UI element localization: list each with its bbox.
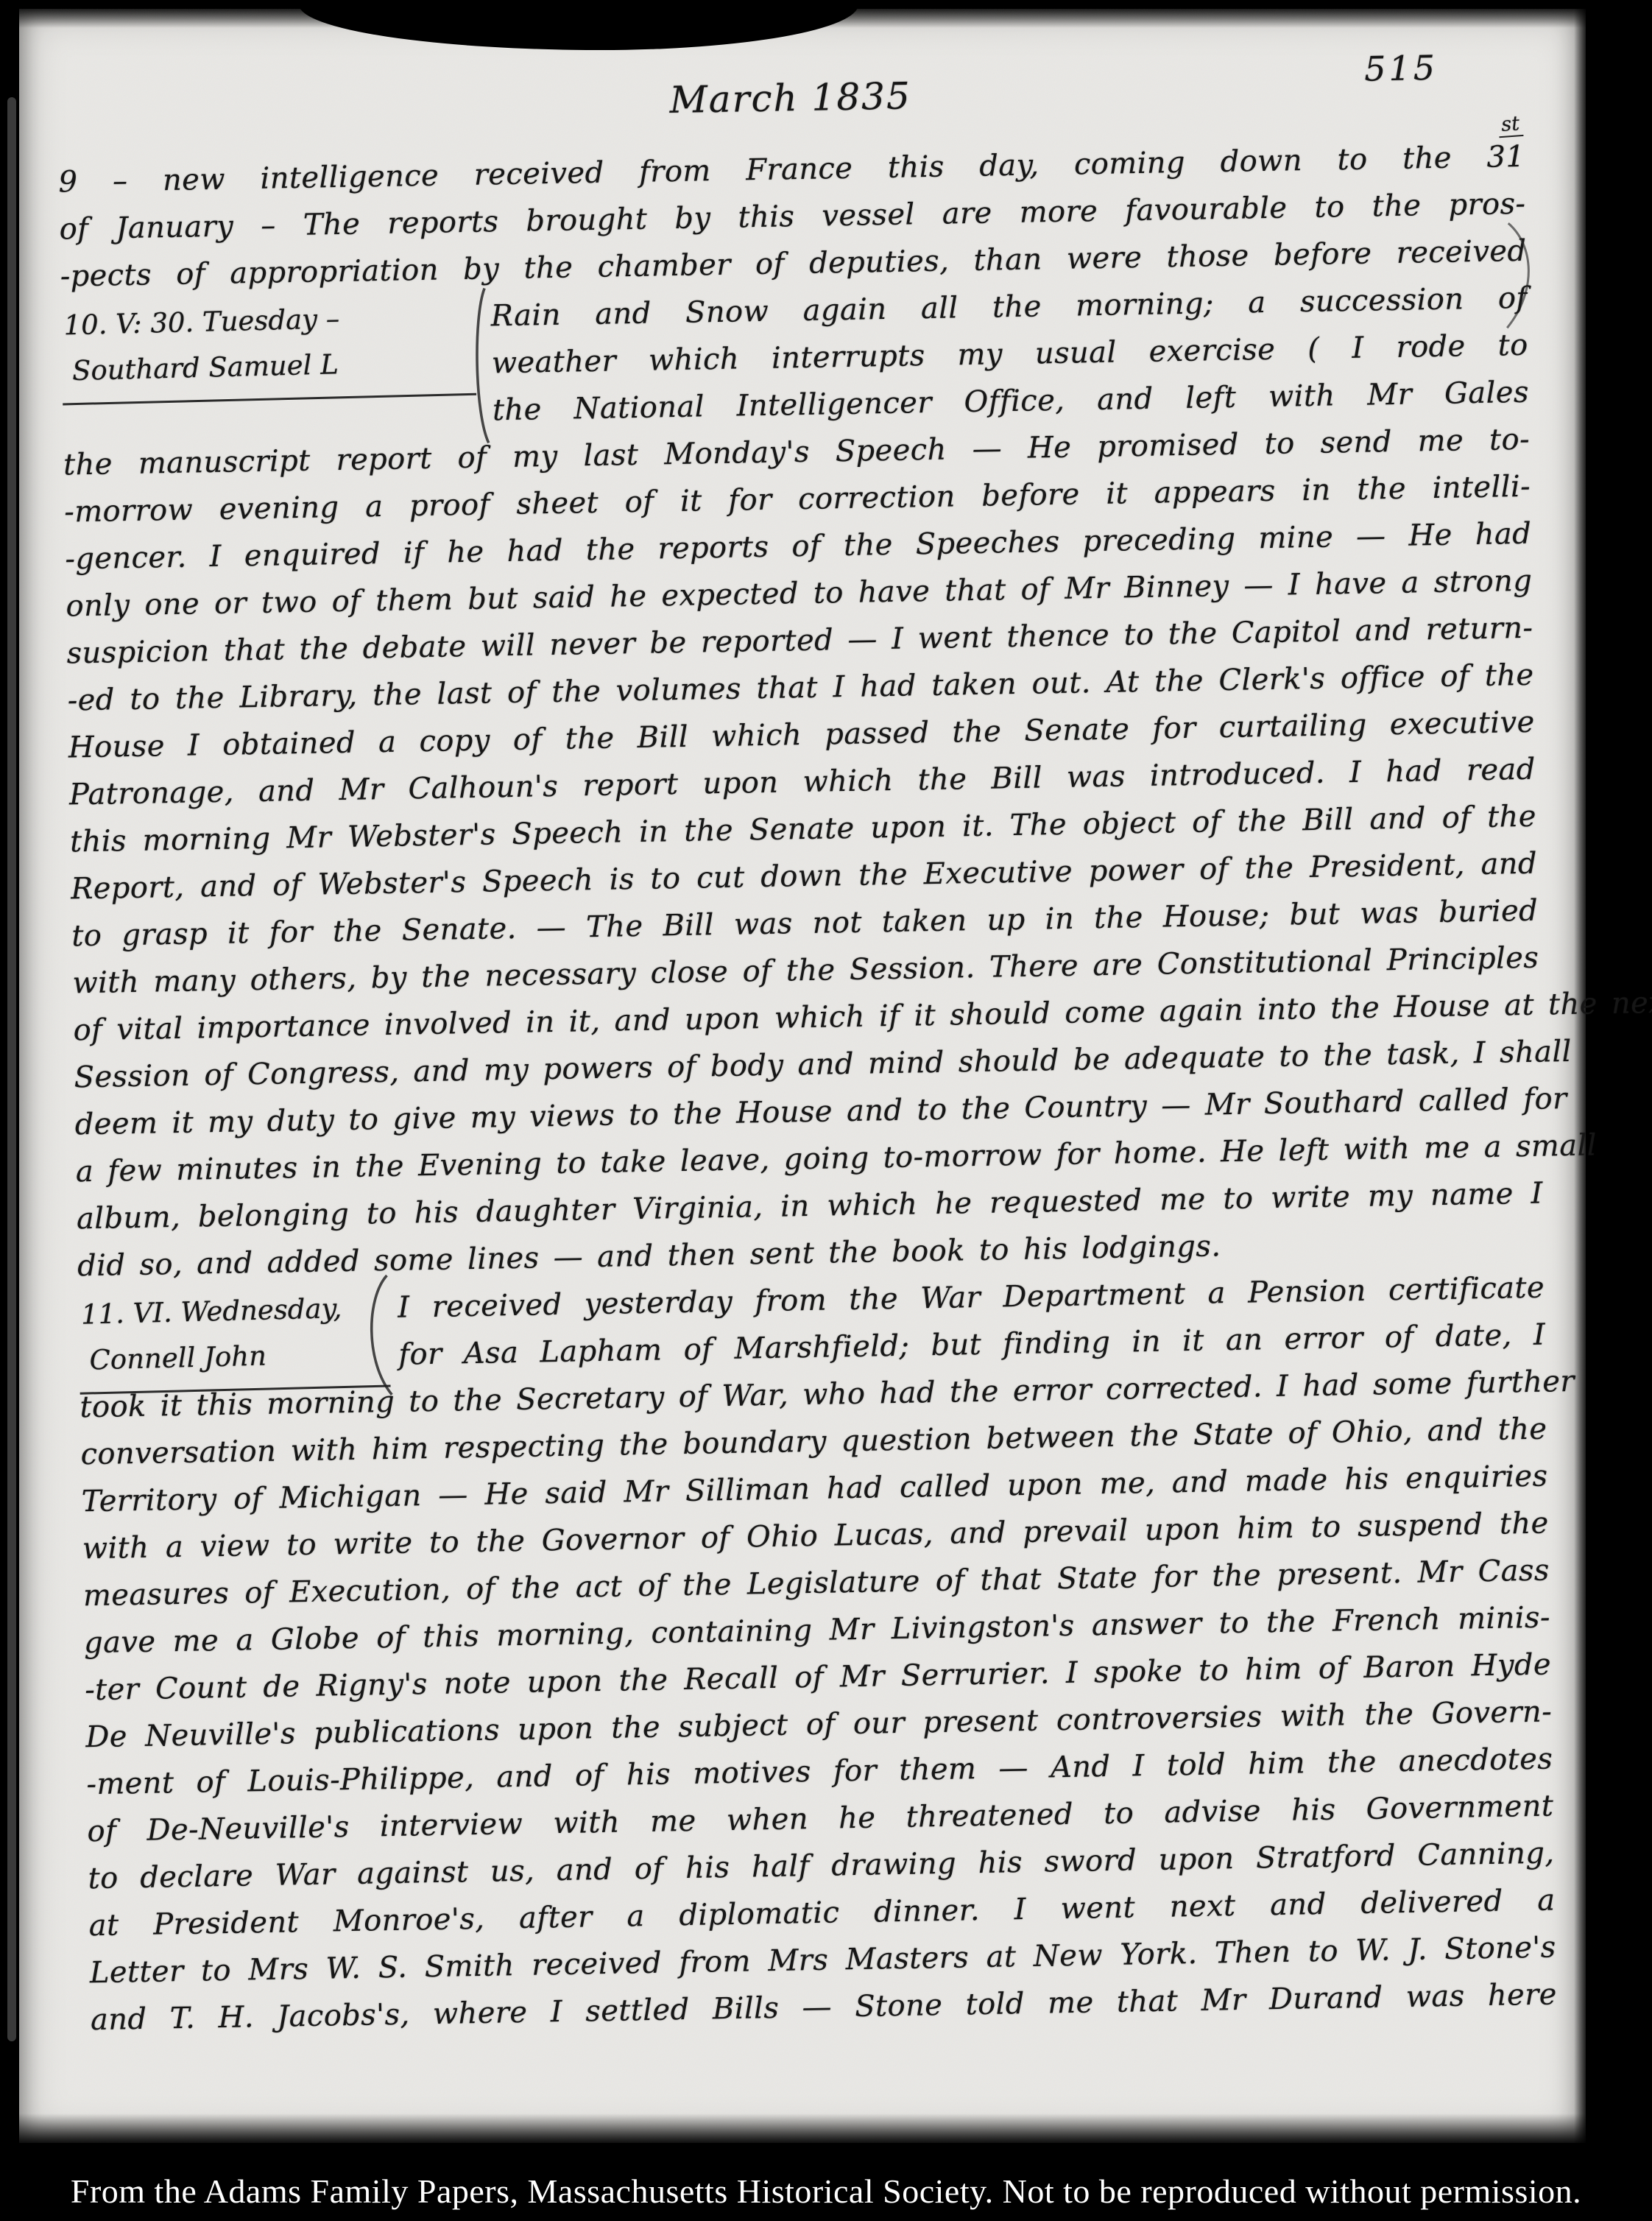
attribution-caption: From the Adams Family Papers, Massachuse… <box>0 2172 1652 2211</box>
scan-edge-artifact <box>299 4 858 50</box>
page-title: March 1835 <box>57 64 1524 133</box>
diary-entry-march-9: 9 – new intelligence received from Franc… <box>58 133 1527 300</box>
manuscript-paper: March 1835 515 9 – new intelligence rece… <box>19 9 1586 2143</box>
margin-note-name: Connell John <box>82 1331 383 1384</box>
book-gutter-edge <box>7 97 16 2041</box>
page-number: 515 <box>1364 48 1439 89</box>
page-edge-shadow <box>1574 9 1586 2143</box>
margin-note-date: 11. VI. Wednesday, <box>80 1285 381 1338</box>
page-content: March 1835 515 9 – new intelligence rece… <box>57 39 1558 2044</box>
diary-entry-march-11: 11. VI. Wednesday, Connell John I receiv… <box>78 1264 1558 2044</box>
entry-lines: Rain and Snow again all the morning; a s… <box>60 275 1544 1290</box>
entry-lines: 9 – new intelligence received from Franc… <box>58 133 1527 300</box>
margin-note-entry-10: 10. V: 30. Tuesday – Southard Samuel L <box>60 293 476 406</box>
diary-entry-march-10: 10. V: 30. Tuesday – Southard Samuel L R… <box>60 275 1544 1290</box>
scanned-page: March 1835 515 9 – new intelligence rece… <box>0 0 1652 2221</box>
superscript-st: st <box>1498 113 1524 138</box>
margin-note-name: Southard Samuel L <box>64 339 468 394</box>
margin-note-entry-11: 11. VI. Wednesday, Connell John <box>77 1285 390 1395</box>
